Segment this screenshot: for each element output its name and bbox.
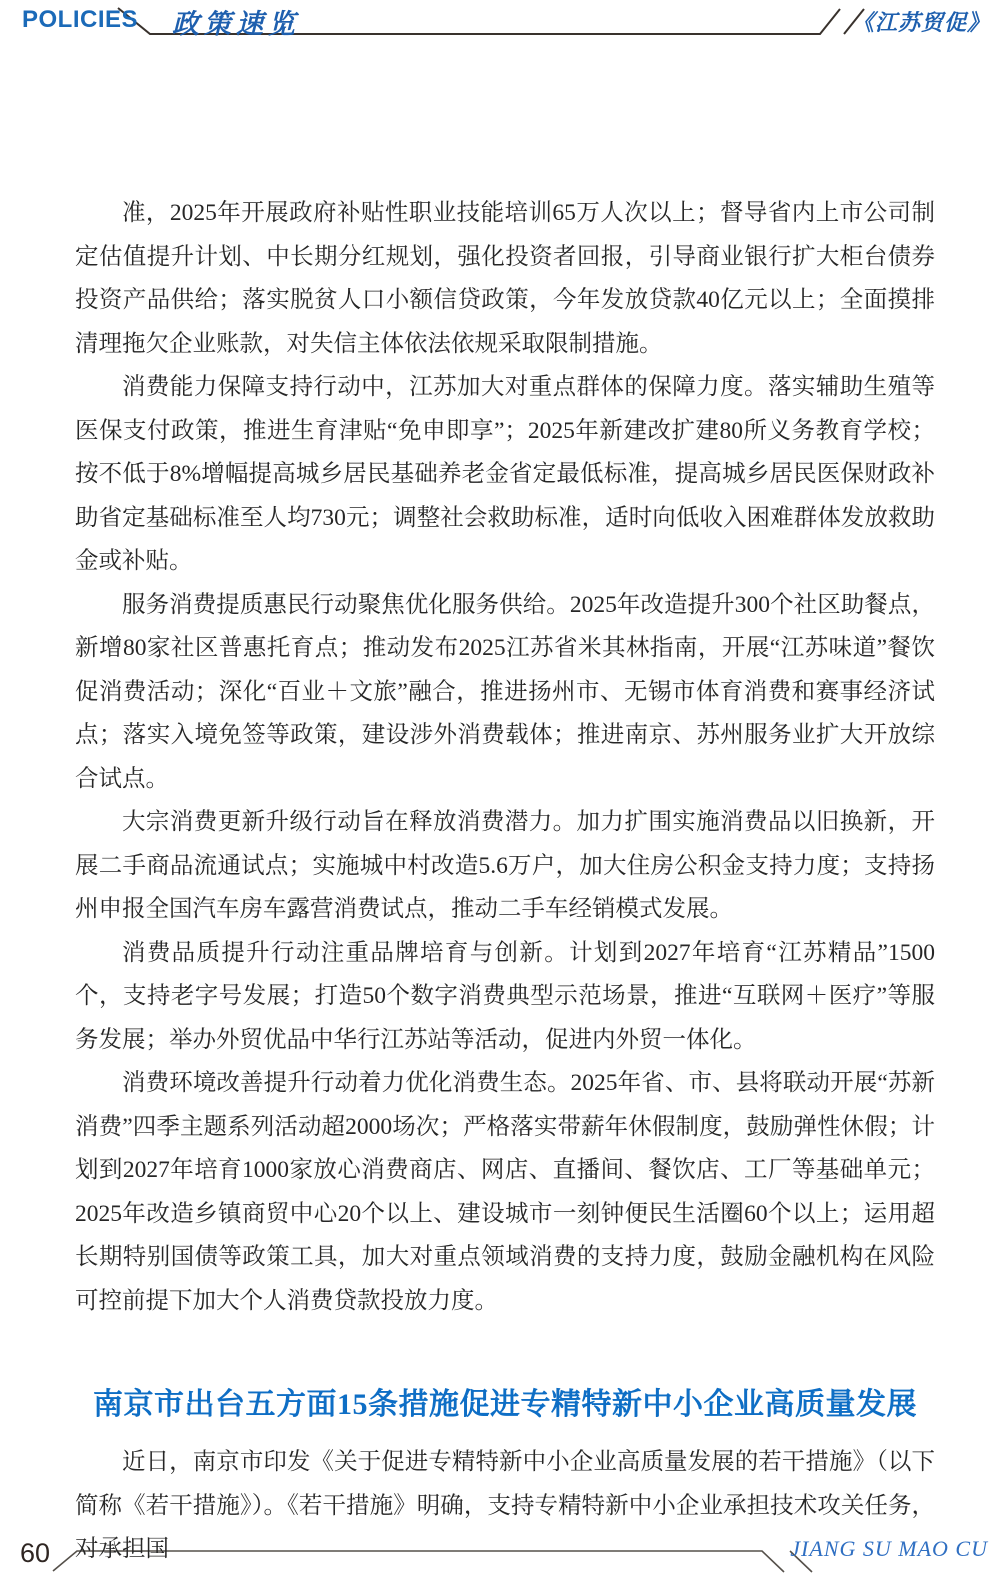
section-label-en: POLICIES xyxy=(22,6,138,34)
paragraph: 消费环境改善提升行动着力优化消费生态。2025年省、市、县将联动开展“苏新消费”… xyxy=(75,1062,935,1323)
magazine-page: POLICIES 政策速览 《江苏贸促》 准，2025年开展政府补贴性职业技能培… xyxy=(0,0,1000,1583)
paragraph: 大宗消费更新升级行动旨在释放消费潜力。加力扩围实施消费品以旧换新，开展二手商品流… xyxy=(75,801,935,932)
paragraph: 准，2025年开展政府补贴性职业技能培训65万人次以上；督导省内上市公司制定估值… xyxy=(75,192,935,366)
paragraph: 消费能力保障支持行动中，江苏加大对重点群体的保障力度。落实辅助生殖等医保支付政策… xyxy=(75,366,935,584)
article-body: 准，2025年开展政府补贴性职业技能培训65万人次以上；督导省内上市公司制定估值… xyxy=(75,192,935,1572)
journal-name-en: JIANG SU MAO CU xyxy=(790,1536,988,1562)
paragraph: 消费品质提升行动注重品牌培育与创新。计划到2027年培育“江苏精品”1500个，… xyxy=(75,932,935,1063)
section-label-zh: 政策速览 xyxy=(172,2,300,41)
paragraph: 服务消费提质惠民行动聚焦优化服务供给。2025年改造提升300个社区助餐点，新增… xyxy=(75,584,935,802)
article-title: 南京市出台五方面15条措施促进专精特新中小企业高质量发展 xyxy=(75,1383,935,1427)
page-number: 60 xyxy=(20,1538,50,1569)
magazine-title: 《江苏贸促》 xyxy=(852,6,990,37)
